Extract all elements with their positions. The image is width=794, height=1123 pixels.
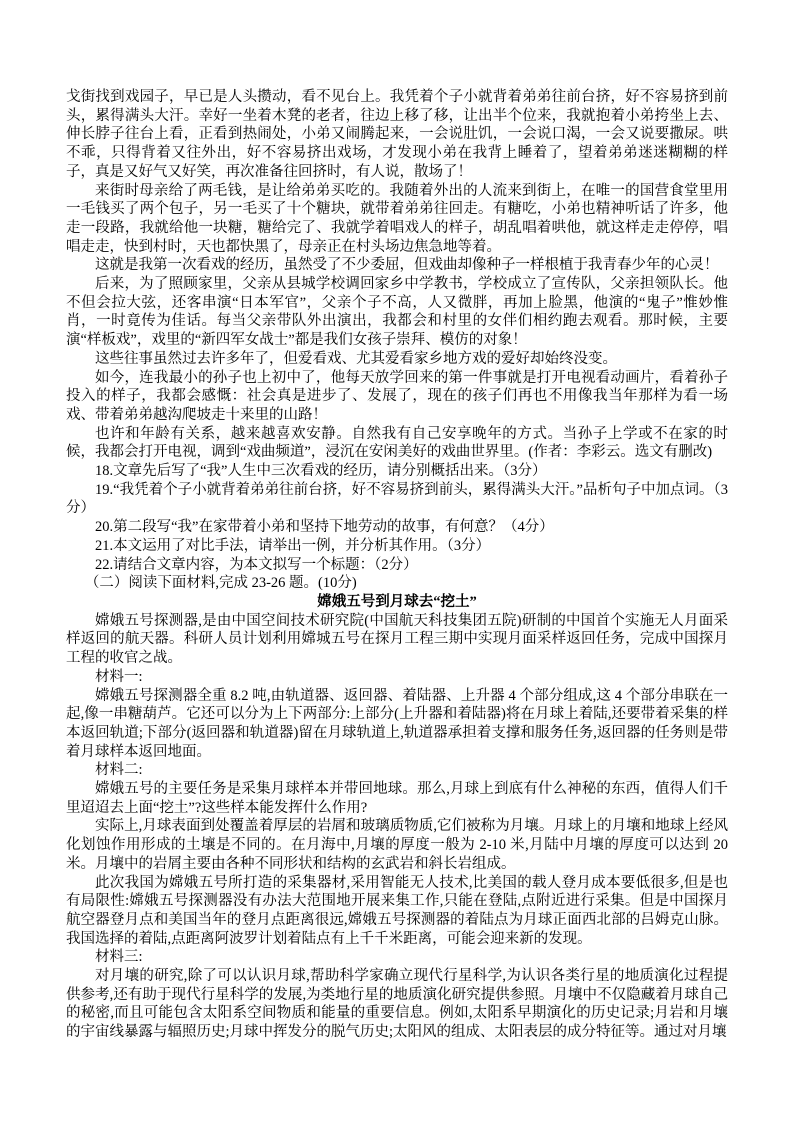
body-paragraph: 来街时母亲给了两毛钱，是让给弟弟买吃的。我随着外出的人流来到街上，在唯一的国营食… bbox=[66, 182, 728, 257]
body-paragraph: 后来，为了照顾家里，父亲从县城学校调回家乡中学教书，学校成立了宣传队，父亲担领队… bbox=[66, 275, 728, 350]
body-paragraph: 此次我国为嫦娥五号所打造的采集器材,采用智能无人技术,比美国的载人登月成本要低很… bbox=[66, 874, 728, 949]
reading-material-title: 嫦娥五号到月球去“挖土” bbox=[66, 593, 728, 612]
material-3-label: 材料三: bbox=[66, 948, 728, 967]
question-19: 19.“我凭着个子小就背着弟弟往前台挤，好不容易挤到前头，累得满头大汗。”品析句… bbox=[66, 481, 728, 518]
question-21: 21.本文运用了对比手法，请举出一例，并分析其作用。（3分） bbox=[66, 537, 728, 556]
material-1-label: 材料一: bbox=[66, 668, 728, 687]
body-paragraph: 嫦娥五号探测器全重 8.2 吨,由轨道器、返回器、着陆器、上升器 4 个部分组成… bbox=[66, 687, 728, 762]
body-paragraph: 也许和年龄有关系，越来越喜欢安静。自然我有自己安享晚年的方式。当孙子上学或不在家… bbox=[66, 425, 728, 462]
question-18: 18.文章先后写了“我”人生中三次看戏的经历，请分别概括出来。（3分） bbox=[66, 462, 728, 481]
body-paragraph: 嫦娥五号的主要任务是采集月球样本并带回地球。那么,月球上到底有什么神秘的东西，值… bbox=[66, 780, 728, 817]
body-paragraph: 这就是我第一次看戏的经历，虽然受了不少委屈，但戏曲却像种子一样根植于我青春少年的… bbox=[66, 256, 728, 275]
body-paragraph: 嫦娥五号探测器,是由中国空间技术研究院(中国航天科技集团五院)研制的中国首个实施… bbox=[66, 612, 728, 668]
body-paragraph: 如今，连我最小的孙子也上初中了，他每天放学回来的第一件事就是打开电视看动画片，看… bbox=[66, 369, 728, 425]
question-22: 22.请结合文章内容，为本文拟写一个标题：（2分） bbox=[66, 556, 728, 575]
section-two-header: （二）阅读下面材料,完成 23-26 题。(10分) bbox=[66, 574, 728, 593]
document-text-block: 戈街找到戏园子，早已是人头攒动，看不见台上。我凭着个子小就背着弟弟往前台挤，好不… bbox=[66, 88, 728, 1042]
material-2-label: 材料二: bbox=[66, 761, 728, 780]
body-paragraph: 这些往事虽然过去许多年了，但爱看戏、尤其爱看家乡地方戏的爱好却始终没变。 bbox=[66, 350, 728, 369]
exam-document-page: 戈街找到戏园子，早已是人头攒动，看不见台上。我凭着个子小就背着弟弟往前台挤，好不… bbox=[0, 0, 794, 1123]
body-paragraph-continued: 戈街找到戏园子，早已是人头攒动，看不见台上。我凭着个子小就背着弟弟往前台挤，好不… bbox=[66, 88, 728, 182]
body-paragraph: 实际上,月球表面到处覆盖着厚层的岩屑和玻璃质物质,它们被称为月壤。月球上的月壤和… bbox=[66, 817, 728, 873]
question-20: 20.第二段写“我”在家带着小弟和坚持下地劳动的故事，有何意？（4分） bbox=[66, 518, 728, 537]
body-paragraph-cutoff: 对月壤的研究,除了可以认识月球,帮助科学家确立现代行星科学,为认识各类行星的地质… bbox=[66, 967, 728, 1042]
